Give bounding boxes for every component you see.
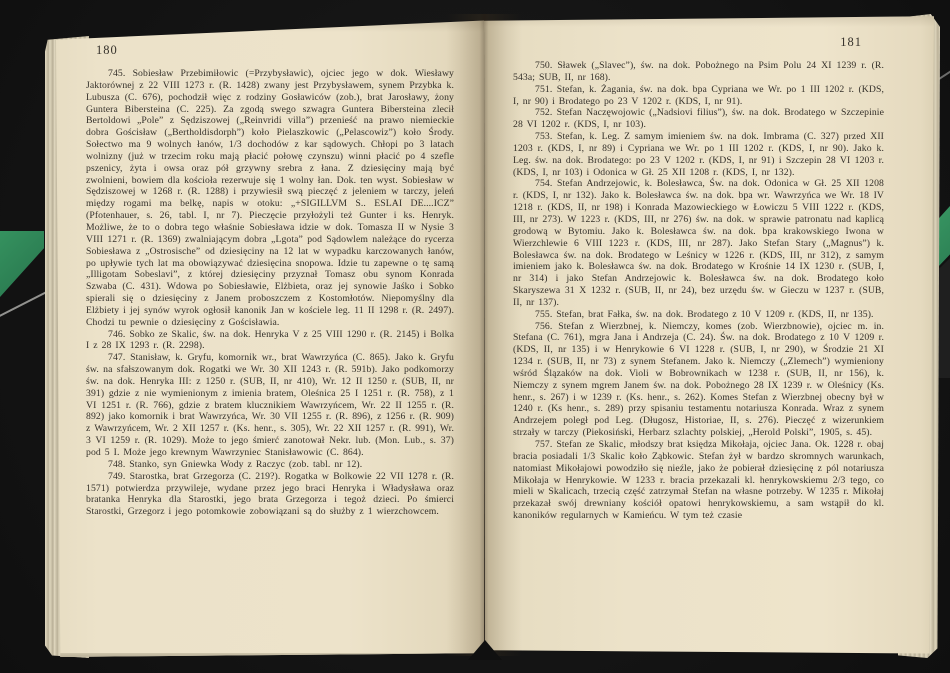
right-page-text: 750. Sławek („Slavec”), św. na dok. Pobo…: [513, 60, 884, 522]
entry-paragraph: 756. Stefan z Wierzbnej, k. Niemczy, kom…: [513, 321, 884, 439]
entry-paragraph: 753. Stefan, k. Leg. Z samym imieniem św…: [513, 131, 884, 178]
entry-paragraph: 746. Sobko ze Skalic, św. na dok. Henryk…: [86, 329, 454, 353]
entry-paragraph: 757. Stefan ze Skalic, młodszy brat księ…: [513, 439, 884, 522]
page-number-left: 180: [96, 43, 118, 58]
left-page: 180 745. Sobiesław Przebimiłowic (=Przyb…: [56, 18, 484, 657]
left-page-text: 745. Sobiesław Przebimiłowic (=Przybysła…: [86, 68, 454, 518]
entry-paragraph: 748. Stanko, syn Gniewka Wody z Raczyc (…: [86, 459, 454, 471]
entry-paragraph: 747. Stanisław, k. Gryfu, komornik wr., …: [86, 352, 454, 459]
entry-paragraph: 749. Starostka, brat Grzegorza (C. 219?)…: [86, 471, 454, 518]
entry-paragraph: 755. Stefan, brat Fałka, św. na dok. Bro…: [513, 309, 884, 321]
entry-paragraph: 754. Stefan Andrzejowic, k. Bolesławca, …: [513, 178, 884, 308]
entry-paragraph: 745. Sobiesław Przebimiłowic (=Przybysła…: [86, 68, 454, 329]
diagonal-line-left: [0, 290, 49, 318]
entry-paragraph: 751. Stefan, k. Żagania, św. na dok. bpa…: [513, 84, 884, 108]
right-page: 181 750. Sławek („Slavec”), św. na dok. …: [484, 13, 934, 658]
entry-paragraph: 750. Sławek („Slavec”), św. na dok. Pobo…: [513, 60, 884, 84]
green-surface-left: [0, 231, 44, 297]
photo-background: 180 745. Sobiesław Przebimiłowic (=Przyb…: [0, 0, 950, 673]
page-number-right: 181: [840, 35, 862, 50]
entry-paragraph: 752. Stefan Naczęwojowic („Nadsiovi fili…: [513, 107, 884, 131]
